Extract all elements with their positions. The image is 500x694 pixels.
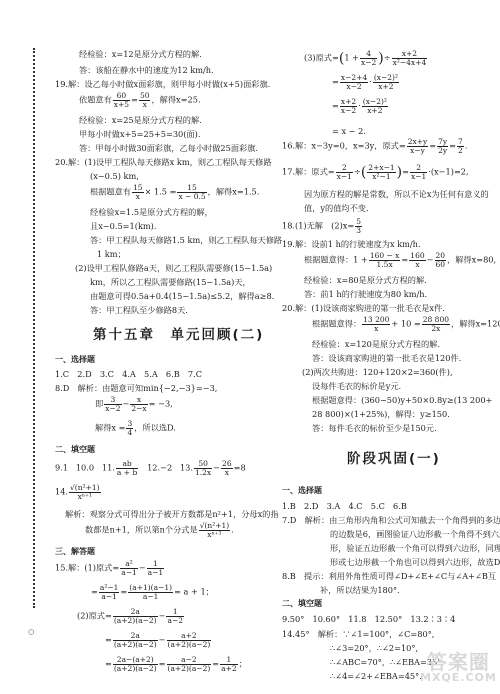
text-line: 值，y的值均不变. [304, 204, 369, 212]
equation-line: 18.(1)无解 (2)x=53 [282, 218, 363, 235]
text-line: 答：甲工程队每天修路1.5 km，则乙工程队每天修路 [90, 236, 282, 244]
fraction: 2a(a+2)(a−2) [113, 608, 158, 625]
fraction: 50x [139, 92, 151, 109]
equation-line: 根据题意得：1 +160 − x1.5x=160x−2060，解得x=80, [304, 252, 496, 269]
equation-line: =2a(a+2)(a−2)−a+2(a+2)(a−2) [105, 632, 212, 649]
text-line: 甲每小时做x+5=25+5=30(面). [79, 130, 200, 138]
equation-line: 14.√(n²+1)xⁿ⁺¹ [55, 484, 102, 501]
section-heading: 一、选择题 [282, 487, 322, 495]
fraction: 2x+yx−y [407, 138, 429, 155]
fraction: 2a−(a+2)(a+2)(a−2) [113, 656, 158, 673]
text-line: 的边数是6，画图验证八边形截一个角得不到六边 [330, 530, 500, 538]
binding-dotted-line [33, 48, 35, 608]
fraction: x+2x−2 [340, 98, 357, 115]
text-line: 答：甲工程队至少修路8天. [90, 306, 188, 314]
fraction: (x−2)²x+2 [373, 74, 399, 91]
equation-line: (2)原式=2a(a+2)(a−2)−1a−2 [77, 608, 185, 625]
fraction: 3x−2 [104, 396, 121, 413]
fraction: 2060 [435, 252, 447, 269]
text-line: 答：该船在静水中的速度为12 km/h. [79, 66, 214, 74]
fraction: 13 200x [362, 316, 390, 333]
equation-line: 依题意有60x+5=50x，解得x=25. [79, 92, 201, 109]
text-line: 28 800)×(1+25%)，解得：y≥150. [312, 410, 450, 418]
text-line: 8.B 提示：利用外角性质可得∠D+∠E+∠C与∠A+∠B互 [282, 572, 496, 580]
fraction: 160 − x1.5x [369, 252, 401, 269]
equation-line: 数都是n+1，所以第n个分式是√(n²+1)xⁿ⁺¹. [85, 522, 234, 539]
fraction: 2x−1 [336, 164, 353, 181]
fraction: 60x+5 [113, 92, 130, 109]
chapter-title: 阶段巩固(一) [347, 453, 441, 467]
fraction: 160x [409, 252, 425, 269]
fraction: a−2(a+2)(a−2) [167, 656, 212, 673]
fraction: 7y2y [437, 138, 448, 155]
equation-line: =x−2+4x−2·(x−2)²x+2 [332, 74, 400, 91]
text-line: (x−0.5) km, [90, 172, 139, 180]
text-line: 经检验：x=80是原分式方程的解. [304, 276, 427, 284]
fraction: x+2x²−4x+4 [392, 50, 428, 67]
text-line: 20.解：(1)设该商家购进的第一批毛衣是x件. [282, 304, 445, 312]
fraction: √(n²+1)xⁿ⁺¹ [69, 484, 101, 501]
watermark-url: MXQE.COM [420, 672, 497, 683]
text-line: 补，所以结果为180°. [320, 586, 400, 594]
answer-key-page: ○ 经检验：x=12是原分式方程的解. 答：该船在静水中的速度为12 km/h.… [0, 0, 500, 694]
text-line: 经检验：x=12是原分式方程的解. [79, 50, 202, 58]
equation-line: =a²−1a−1=(a+1)(a−1)a−1= a + 1； [91, 584, 214, 601]
fraction: 2a(a+2)(a−2) [113, 632, 158, 649]
fraction: 15x [132, 184, 144, 201]
fraction: 53 [355, 218, 362, 235]
equation-line: 根据题意有15x× 1.5 =15x − 0.5，解得x=1.5. [90, 184, 259, 201]
text-line: (2)两次共购进：120+120×2=360(件), [302, 368, 453, 376]
equation-line: 16.解：x−3y=0，x=3y，原式=2x+yx−y=7y2y=72. [282, 138, 467, 155]
text-line: 解析：观察分式可得出分子被开方数都是n²+1，分母x的指 [65, 510, 279, 518]
text-line: ∴∠4=∠2+∠EBA=45°. [330, 672, 422, 680]
text-line: 经检验：x=25是原分式方程的解. [79, 116, 202, 124]
fraction: a²−1a−1 [99, 584, 120, 601]
text-line: = x − 2. [332, 127, 366, 135]
text-line: 因为原方程的解是常数，所以不论x为任何有意义的 [304, 190, 489, 198]
section-heading: 一、选择题 [55, 356, 95, 364]
fraction: 1a+2 [220, 656, 238, 673]
text-line: 答：甲每小时做30面彩旗，乙每小时做25面彩旗. [79, 144, 258, 152]
section-heading: 二、填空题 [55, 446, 95, 454]
text-line: 根据题意得：(360−50)y+50×0.8y≥(13 200+ [312, 396, 492, 404]
text-line: 19.解：设前1 h的行驶速度为x km/h. [282, 240, 421, 248]
chapter-title: 第十五章 单元回顾(二) [93, 329, 264, 343]
text-line: 答：前1 h的行驶速度为80 km/h. [304, 290, 427, 298]
fraction: a+2(a+2)(a−2) [167, 632, 212, 649]
fraction: (x−2)²x+2 [362, 98, 388, 115]
text-line: 答：每件毛衣的标价至少是150元. [312, 424, 437, 432]
text-line: 经检验：x=120是原分式方程的解. [312, 340, 440, 348]
fraction: a²a−1 [120, 560, 138, 577]
fill-answers-line: 9.1 10.0 11.aba + b 12.−2 13.501.2x−26x=… [55, 460, 246, 477]
fraction: 34 [126, 420, 133, 437]
fraction: 2+x−1x²−1 [367, 164, 395, 181]
text-line: 7.D 解析：由三角形内角和公式可知截去一个角得到的多边形 [282, 516, 500, 524]
text-line: (2)设甲工程队修路a天，则乙工程队需要修(15−1.5a) [75, 264, 272, 272]
fraction: 1a−1 [147, 560, 165, 577]
equation-line: 17.解：原式=2x−1÷(2+x−1x²−1)=2x−1·(x−1)=2, [282, 164, 469, 181]
text-line: km，所以乙工程队需要修路(15−1.5a)天， [90, 278, 251, 286]
text-line: 设每件毛衣的标价是y元. [312, 382, 401, 390]
binding-mark: ○ [26, 628, 36, 636]
watermark-logo: 答案圈 MXQE.COM [420, 652, 497, 683]
equation-line: =2a−(a+2)(a+2)(a−2)=a−2(a+2)(a−2)=1a+2； [105, 656, 247, 673]
fraction: 26x [221, 460, 233, 477]
text-line: 由题意可得0.5a+0.4(15−1.5a)≤5.2，解得a≥8. [90, 292, 274, 300]
text: 依题意有 [79, 94, 112, 104]
text-line: 形，验证五边形截一个角可以得到六边形，同理六边 [330, 544, 500, 552]
answers-line: 1.B 2.D 3.A 4.C 5.C 6.B [282, 502, 407, 510]
question-19: 19.解：设乙每小时做x面彩旗，则甲每小时做(x+5)面彩旗. [55, 80, 270, 88]
answers-line: 1.C 2.D 3.C 4.A 5.A 6.B 7.C [55, 370, 202, 378]
text-line: 形或七边形截一个角也可以得到六边形，故选D. [330, 558, 500, 566]
fraction: 2x−1 [410, 164, 427, 181]
text-line: 1 km； [97, 250, 126, 258]
fraction: x2−x [130, 396, 147, 413]
equation-line: 即3x−2−x2−x= −3, [95, 396, 173, 413]
equation-line: (3)原式=(1 +4x−2)÷x+2x²−4x+4 [304, 50, 428, 67]
equation-line: 15.解：(1)原式=a²a−1−1a−1 [55, 560, 165, 577]
question-20: 20.解：(1)设甲工程队每天修路x km，则乙工程队每天修路 [55, 158, 272, 166]
fraction: 15x − 0.5 [177, 184, 206, 201]
fraction: 72 [457, 138, 464, 155]
equation-line: 解得x =34，所以选D. [95, 420, 176, 437]
equation-line: =x+2x−2·(x−2)²x+2 [332, 98, 389, 115]
text-line: 8.D 解析：由题意可知min{−2,−3}=−3, [55, 384, 217, 392]
text-line: 答：设该商家购进的第一批毛衣是120件. [312, 354, 461, 362]
equation-line: 根据题意得：13 200x+ 10 =28 8002x，解得x=120, [312, 316, 500, 333]
fraction: (a+1)(a−1)a−1 [128, 584, 173, 601]
fraction: √(n²+1)xⁿ⁺¹ [199, 522, 231, 539]
fill-answers-line: 9.50° 10.60° 11.8 12.50° 13.2∶3∶4 [282, 615, 455, 623]
fraction: aba + b [116, 460, 138, 477]
watermark-text: 答案圈 [420, 652, 497, 672]
text-line: ∴∠3=20°，∴∠2=10°, [330, 644, 418, 652]
text-line: 经检验x=1.5是原分式方程的解， [90, 208, 213, 216]
section-heading: 三、解答题 [55, 548, 95, 556]
text-line: 且x−0.5=1(km). [90, 222, 156, 230]
fraction: 501.2x [194, 460, 212, 477]
text-line: 14.45° 解析：∵∠1=100°，∠C=80°, [282, 630, 434, 638]
fraction: 4x−2 [360, 50, 377, 67]
fraction: 28 8002x [422, 316, 450, 333]
fraction: 1a−2 [166, 608, 184, 625]
section-heading: 二、填空题 [282, 600, 322, 608]
fraction: x−2+4x−2 [340, 74, 368, 91]
